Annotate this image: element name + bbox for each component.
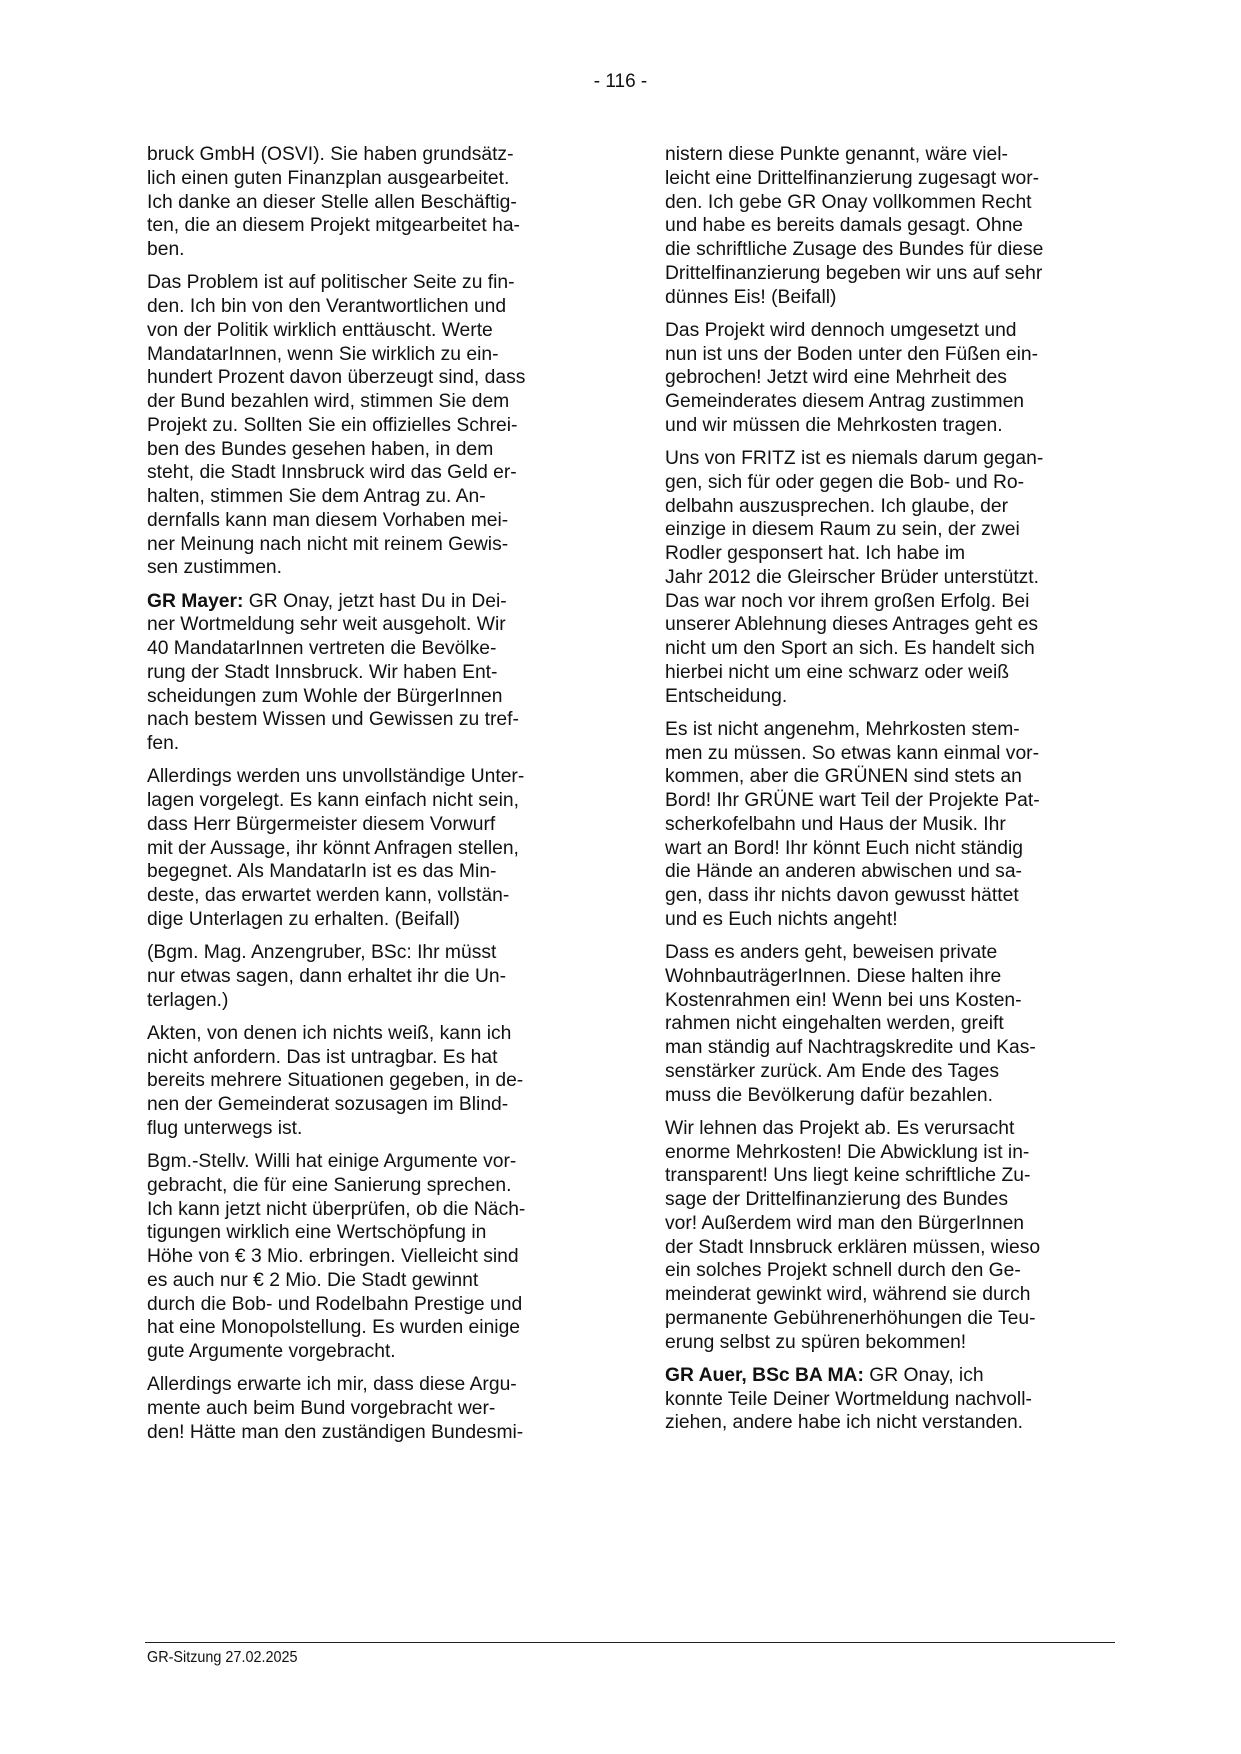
- paragraph-line: nach bestem Wissen und Gewissen zu tref-: [147, 708, 587, 732]
- paragraph-line: scherkofelbahn und Haus der Musik. Ihr: [665, 813, 1105, 837]
- paragraph-line: es auch nur € 2 Mio. Die Stadt gewinnt: [147, 1269, 587, 1293]
- paragraph-line: fen.: [147, 732, 587, 756]
- paragraph-line: gebracht, die für eine Sanierung spreche…: [147, 1174, 587, 1198]
- paragraph-line: WohnbauträgerInnen. Diese halten ihre: [665, 965, 1105, 989]
- paragraph-line: Gemeinderates diesem Antrag zustimmen: [665, 390, 1105, 414]
- paragraph: Das Projekt wird dennoch umgesetzt undnu…: [665, 319, 1105, 438]
- paragraph-line: deste, das erwartet werden kann, vollstä…: [147, 884, 587, 908]
- paragraph: bruck GmbH (OSVI). Sie haben grundsätz-l…: [147, 143, 587, 262]
- paragraph-line: hierbei nicht um eine schwarz oder weiß: [665, 661, 1105, 685]
- paragraph-line: Jahr 2012 die Gleirscher Brüder unterstü…: [665, 566, 1105, 590]
- paragraph-line: Projekt zu. Sollten Sie ein offizielles …: [147, 414, 587, 438]
- paragraph-line: Es ist nicht angenehm, Mehrkosten stem-: [665, 718, 1105, 742]
- paragraph: (Bgm. Mag. Anzengruber, BSc: Ihr müsstnu…: [147, 941, 587, 1012]
- footer-session-date: GR-Sitzung 27.02.2025: [147, 1648, 297, 1668]
- paragraph-line: wart an Bord! Ihr könnt Euch nicht ständ…: [665, 837, 1105, 861]
- paragraph: Allerdings erwarte ich mir, dass diese A…: [147, 1373, 587, 1444]
- paragraph-line: Allerdings werden uns unvollständige Unt…: [147, 765, 587, 789]
- paragraph-line: delbahn auszusprechen. Ich glaube, der: [665, 495, 1105, 519]
- paragraph-line: ein solches Projekt schnell durch den Ge…: [665, 1259, 1105, 1283]
- paragraph-line: von der Politik wirklich enttäuscht. Wer…: [147, 319, 587, 343]
- paragraph-line: Rodler gesponsert hat. Ich habe im: [665, 542, 1105, 566]
- paragraph-line: men zu müssen. So etwas kann einmal vor-: [665, 742, 1105, 766]
- paragraph-line: einzige in diesem Raum zu sein, der zwei: [665, 518, 1105, 542]
- paragraph-line: Bord! Ihr GRÜNE wart Teil der Projekte P…: [665, 789, 1105, 813]
- paragraph-line: nistern diese Punkte genannt, wäre viel-: [665, 143, 1105, 167]
- speaker-paragraph: GR Mayer: GR Onay, jetzt hast Du in Dei-…: [147, 590, 587, 756]
- paragraph-line: rahmen nicht eingehalten werden, greift: [665, 1012, 1105, 1036]
- paragraph-line: unserer Ablehnung dieses Antrages geht e…: [665, 613, 1105, 637]
- paragraph-line: dige Unterlagen zu erhalten. (Beifall): [147, 908, 587, 932]
- paragraph-line: den! Hätte man den zuständigen Bundesmi-: [147, 1421, 587, 1445]
- paragraph-line: gen, sich für oder gegen die Bob- und Ro…: [665, 471, 1105, 495]
- left-column: bruck GmbH (OSVI). Sie haben grundsätz-l…: [147, 143, 587, 1454]
- paragraph-line: enorme Mehrkosten! Die Abwicklung ist in…: [665, 1141, 1105, 1165]
- paragraph-line: gute Argumente vorgebracht.: [147, 1340, 587, 1364]
- paragraph-line: mit der Aussage, ihr könnt Anfragen stel…: [147, 837, 587, 861]
- paragraph-line: bruck GmbH (OSVI). Sie haben grundsätz-: [147, 143, 587, 167]
- paragraph-line: Kostenrahmen ein! Wenn bei uns Kosten-: [665, 989, 1105, 1013]
- paragraph-line: kommen, aber die GRÜNEN sind stets an: [665, 765, 1105, 789]
- page-number: - 116 -: [0, 70, 1241, 94]
- speaker-paragraph: GR Auer, BSc BA MA: GR Onay, ichkonnte T…: [665, 1364, 1105, 1435]
- paragraph: Akten, von denen ich nichts weiß, kann i…: [147, 1022, 587, 1141]
- paragraph-line: sage der Drittelfinanzierung des Bundes: [665, 1188, 1105, 1212]
- paragraph: Bgm.-Stellv. Willi hat einige Argumente …: [147, 1150, 587, 1364]
- paragraph-line: steht, die Stadt Innsbruck wird das Geld…: [147, 461, 587, 485]
- paragraph-line: (Bgm. Mag. Anzengruber, BSc: Ihr müsst: [147, 941, 587, 965]
- paragraph-line: transparent! Uns liegt keine schriftlich…: [665, 1164, 1105, 1188]
- paragraph-line: ner Wortmeldung sehr weit ausgeholt. Wir: [147, 613, 587, 637]
- paragraph-line: den. Ich gebe GR Onay vollkommen Recht: [665, 191, 1105, 215]
- paragraph-line: und es Euch nichts angeht!: [665, 908, 1105, 932]
- speech-text: GR Onay, ich: [864, 1365, 984, 1386]
- paragraph: Uns von FRITZ ist es niemals darum gegan…: [665, 447, 1105, 708]
- paragraph-line: Drittelfinanzierung begeben wir uns auf …: [665, 262, 1105, 286]
- paragraph-line: dünnes Eis! (Beifall): [665, 286, 1105, 310]
- paragraph-line: nen der Gemeinderat sozusagen im Blind-: [147, 1093, 587, 1117]
- paragraph-line: Uns von FRITZ ist es niemals darum gegan…: [665, 447, 1105, 471]
- paragraph-line: rung der Stadt Innsbruck. Wir haben Ent-: [147, 661, 587, 685]
- paragraph-line: gebrochen! Jetzt wird eine Mehrheit des: [665, 366, 1105, 390]
- paragraph-line: Das Projekt wird dennoch umgesetzt und: [665, 319, 1105, 343]
- paragraph-line: Entscheidung.: [665, 685, 1105, 709]
- right-column: nistern diese Punkte genannt, wäre viel-…: [665, 143, 1105, 1445]
- paragraph-line: durch die Bob- und Rodelbahn Prestige un…: [147, 1293, 587, 1317]
- paragraph-line: permanente Gebührenerhöhungen die Teu-: [665, 1307, 1105, 1331]
- paragraph-line: leicht eine Drittelfinanzierung zugesagt…: [665, 167, 1105, 191]
- paragraph: nistern diese Punkte genannt, wäre viel-…: [665, 143, 1105, 309]
- paragraph-line: GR Auer, BSc BA MA: GR Onay, ich: [665, 1364, 1105, 1388]
- paragraph-line: Dass es anders geht, beweisen private: [665, 941, 1105, 965]
- paragraph-line: Ich danke an dieser Stelle allen Beschäf…: [147, 191, 587, 215]
- paragraph-line: erung selbst zu spüren bekommen!: [665, 1331, 1105, 1355]
- paragraph-line: hundert Prozent davon überzeugt sind, da…: [147, 366, 587, 390]
- paragraph-line: gen, dass ihr nichts davon gewusst hätte…: [665, 884, 1105, 908]
- paragraph-line: nicht anfordern. Das ist untragbar. Es h…: [147, 1046, 587, 1070]
- paragraph-line: lagen vorgelegt. Es kann einfach nicht s…: [147, 789, 587, 813]
- paragraph: Allerdings werden uns unvollständige Unt…: [147, 765, 587, 931]
- speaker-name: GR Mayer:: [147, 591, 243, 612]
- paragraph-line: begegnet. Als MandatarIn ist es das Min-: [147, 860, 587, 884]
- paragraph-line: die schriftliche Zusage des Bundes für d…: [665, 238, 1105, 262]
- paragraph: Es ist nicht angenehm, Mehrkosten stem-m…: [665, 718, 1105, 932]
- paragraph-line: Bgm.-Stellv. Willi hat einige Argumente …: [147, 1150, 587, 1174]
- paragraph: Das Problem ist auf politischer Seite zu…: [147, 271, 587, 580]
- speech-text: GR Onay, jetzt hast Du in Dei-: [243, 591, 506, 612]
- paragraph-line: konnte Teile Deiner Wortmeldung nachvoll…: [665, 1388, 1105, 1412]
- paragraph-line: der Stadt Innsbruck erklären müssen, wie…: [665, 1236, 1105, 1260]
- paragraph-line: Allerdings erwarte ich mir, dass diese A…: [147, 1373, 587, 1397]
- paragraph-line: ner Meinung nach nicht mit reinem Gewis-: [147, 533, 587, 557]
- paragraph-line: Das war noch vor ihrem großen Erfolg. Be…: [665, 590, 1105, 614]
- paragraph-line: meinderat gewinkt wird, während sie durc…: [665, 1283, 1105, 1307]
- paragraph-line: sen zustimmen.: [147, 556, 587, 580]
- paragraph-line: nun ist uns der Boden unter den Füßen ei…: [665, 343, 1105, 367]
- paragraph-line: hat eine Monopolstellung. Es wurden eini…: [147, 1316, 587, 1340]
- paragraph-line: und wir müssen die Mehrkosten tragen.: [665, 414, 1105, 438]
- paragraph: Dass es anders geht, beweisen privateWoh…: [665, 941, 1105, 1107]
- paragraph-line: 40 MandatarInnen vertreten die Bevölke-: [147, 637, 587, 661]
- paragraph-line: ben des Bundes gesehen haben, in dem: [147, 438, 587, 462]
- paragraph-line: die Hände an anderen abwischen und sa-: [665, 860, 1105, 884]
- paragraph-line: Höhe von € 3 Mio. erbringen. Vielleicht …: [147, 1245, 587, 1269]
- paragraph-line: mente auch beim Bund vorgebracht wer-: [147, 1397, 587, 1421]
- paragraph-line: Das Problem ist auf politischer Seite zu…: [147, 271, 587, 295]
- paragraph-line: muss die Bevölkerung dafür bezahlen.: [665, 1084, 1105, 1108]
- footer-divider: [145, 1642, 1115, 1643]
- paragraph-line: man ständig auf Nachtragskredite und Kas…: [665, 1036, 1105, 1060]
- paragraph-line: bereits mehrere Situationen gegeben, in …: [147, 1069, 587, 1093]
- paragraph-line: nicht um den Sport an sich. Es handelt s…: [665, 637, 1105, 661]
- paragraph-line: und habe es bereits damals gesagt. Ohne: [665, 214, 1105, 238]
- paragraph-line: senstärker zurück. Am Ende des Tages: [665, 1060, 1105, 1084]
- paragraph-line: tigungen wirklich eine Wertschöpfung in: [147, 1221, 587, 1245]
- paragraph-line: vor! Außerdem wird man den BürgerInnen: [665, 1212, 1105, 1236]
- paragraph-line: nur etwas sagen, dann erhaltet ihr die U…: [147, 965, 587, 989]
- paragraph-line: Wir lehnen das Projekt ab. Es verursacht: [665, 1117, 1105, 1141]
- paragraph-line: flug unterwegs ist.: [147, 1117, 587, 1141]
- paragraph-line: halten, stimmen Sie dem Antrag zu. An-: [147, 485, 587, 509]
- paragraph-line: der Bund bezahlen wird, stimmen Sie dem: [147, 390, 587, 414]
- paragraph-line: ten, die an diesem Projekt mitgearbeitet…: [147, 214, 587, 238]
- paragraph-line: MandatarInnen, wenn Sie wirklich zu ein-: [147, 343, 587, 367]
- paragraph-line: GR Mayer: GR Onay, jetzt hast Du in Dei-: [147, 590, 587, 614]
- paragraph-line: Ich kann jetzt nicht überprüfen, ob die …: [147, 1198, 587, 1222]
- paragraph-line: terlagen.): [147, 989, 587, 1013]
- paragraph-line: scheidungen zum Wohle der BürgerInnen: [147, 685, 587, 709]
- paragraph-line: Akten, von denen ich nichts weiß, kann i…: [147, 1022, 587, 1046]
- paragraph-line: dass Herr Bürgermeister diesem Vorwurf: [147, 813, 587, 837]
- paragraph-line: lich einen guten Finanzplan ausgearbeite…: [147, 167, 587, 191]
- paragraph: Wir lehnen das Projekt ab. Es verursacht…: [665, 1117, 1105, 1355]
- paragraph-line: ziehen, andere habe ich nicht verstanden…: [665, 1411, 1105, 1435]
- paragraph-line: ben.: [147, 238, 587, 262]
- speaker-name: GR Auer, BSc BA MA:: [665, 1365, 864, 1386]
- paragraph-line: den. Ich bin von den Verantwortlichen un…: [147, 295, 587, 319]
- paragraph-line: dernfalls kann man diesem Vorhaben mei-: [147, 509, 587, 533]
